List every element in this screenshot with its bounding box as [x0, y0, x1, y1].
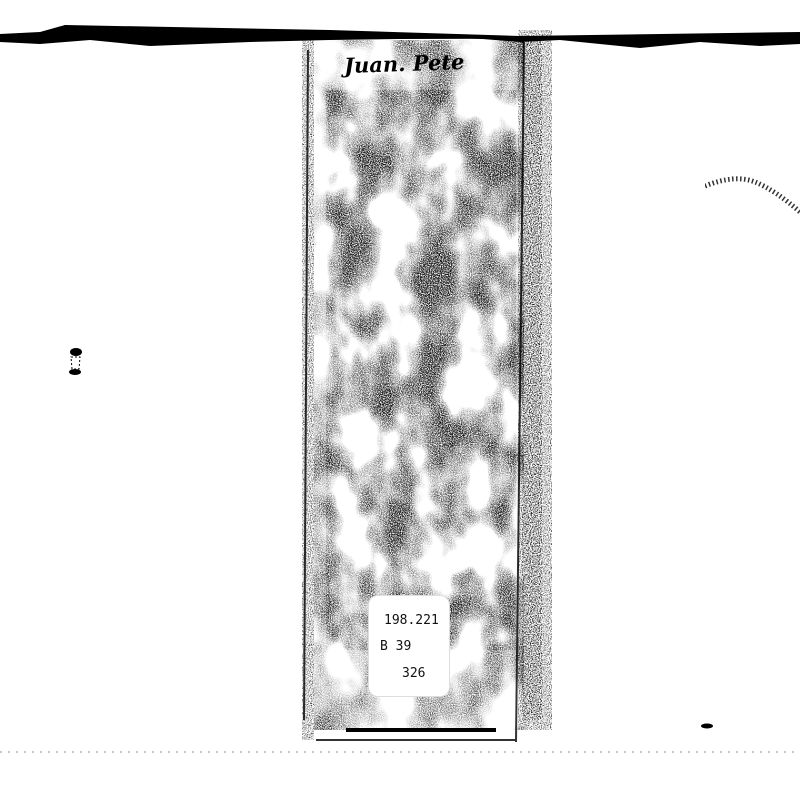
call-number-class: 198.221: [384, 613, 439, 628]
handwritten-title: Juan. Pete ​ ​ ​: [344, 49, 527, 131]
scan-scene: Juan. Pete ​ ​ ​ 198.221 B 39 326: [0, 0, 800, 800]
bottom-edge-line: [0, 748, 800, 756]
call-number-label: 198.221 B 39 326: [369, 596, 449, 696]
call-number-item: 326: [402, 666, 425, 681]
call-number-cutter: B 39: [380, 639, 411, 654]
bottom-right-speck: [700, 722, 714, 730]
left-smudge-mark: [66, 345, 86, 377]
right-smudge-mark: [705, 168, 800, 218]
